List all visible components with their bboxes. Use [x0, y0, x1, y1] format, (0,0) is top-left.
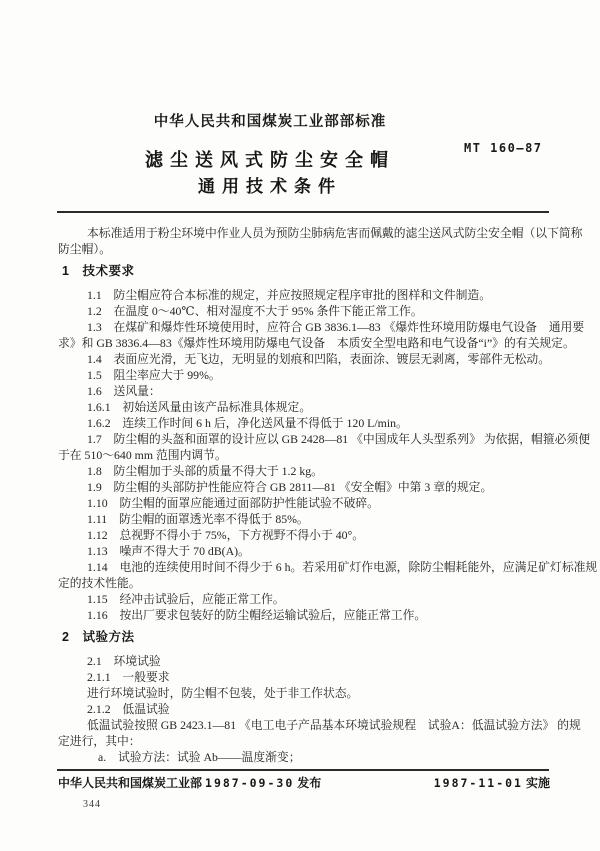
standard-authority-header: 中华人民共和国煤炭工业部部标准 [0, 110, 540, 131]
document-footer: 中华人民共和国煤炭工业部1987-09-30发布 1987-11-01实施 [58, 774, 550, 791]
footer-issue-date: 1987-09-30 [202, 776, 297, 790]
clause-1-1: 1.1 防尘帽应符合本标准的规定，并应按照规定程序审批的图样和文件制造。 [87, 287, 556, 303]
clause-1-11: 1.11 防尘帽的面罩透光率不得低于 85%。 [87, 511, 556, 527]
document-page: 中华人民共和国煤炭工业部部标准 MT 160—87 滤尘送风式防尘安全帽 通用技… [0, 0, 600, 851]
document-body: 本标准适用于粉尘环境中作业人员为预防尘肺病危害而佩戴的滤尘送风式防尘安全帽（以下… [58, 225, 556, 765]
clause-1-16: 1.16 按出厂要求包装好的防尘帽经运输试验后，应能正常工作。 [87, 607, 556, 623]
clause-2-1-2-text-line-1: 低温试验按照 GB 2423.1—81 《电工电子产品基本环境试验规程 试验A：… [87, 717, 556, 733]
clause-1-6-1: 1.6.1 初始送风量由该产品标准具体规定。 [87, 399, 556, 415]
clause-1-13: 1.13 噪声不得大于 70 dB(A)。 [87, 543, 556, 559]
footer-effective-label: 实施 [526, 776, 550, 790]
clause-1-6-2: 1.6.2 连续工作时间 6 h 后，净化送风量不得低于 120 L/min。 [87, 415, 556, 431]
clause-2-1-1-text: 进行环境试验时，防尘帽不包装，处于非工作状态。 [87, 685, 556, 701]
clause-1-8: 1.8 防尘帽加于头部的质量不得大于 1.2 kg。 [87, 463, 556, 479]
clause-1-7-line-2: 于在 510～640 mm 范围内调节。 [58, 447, 556, 463]
document-title-line-1: 滤尘送风式防尘安全帽 [0, 148, 540, 172]
clause-1-5: 1.5 阻尘率应大于 99%。 [87, 367, 556, 383]
footer-issue-statement: 中华人民共和国煤炭工业部1987-09-30发布 [58, 774, 321, 791]
clause-1-9: 1.9 防尘帽的头部防护性能应符合 GB 2811—81 《安全帽》中第 3 章… [87, 479, 556, 495]
intro-line-2: 防尘帽）。 [58, 241, 556, 257]
clause-1-2: 1.2 在温度 0～40℃、相对湿度不大于 95% 条件下能正常工作。 [87, 303, 556, 319]
header-divider-rule [57, 211, 549, 213]
footer-divider-rule [57, 769, 549, 771]
list-item-a: a. 试验方法：试验 Ab——温度渐变； [98, 749, 556, 765]
document-title: 滤尘送风式防尘安全帽 通用技术条件 [0, 148, 540, 199]
clause-1-15: 1.15 经冲击试验后，应能正常工作。 [87, 591, 556, 607]
footer-effective-statement: 1987-11-01实施 [431, 774, 550, 791]
intro-line-1: 本标准适用于粉尘环境中作业人员为预防尘肺病危害而佩戴的滤尘送风式防尘安全帽（以下… [87, 225, 556, 241]
footer-issuer: 中华人民共和国煤炭工业部 [58, 776, 202, 790]
clause-1-7-line-1: 1.7 防尘帽的头盔和面罩的设计应以 GB 2428—81 《中国成年人头型系列… [87, 431, 556, 447]
clause-1-10: 1.10 防尘帽的面罩应能通过面部防护性能试验不破碎。 [87, 495, 556, 511]
clause-1-12: 1.12 总视野不得小于 75%，下方视野不得小于 40°。 [87, 527, 556, 543]
clause-2-1-2-text-line-2: 定进行，其中： [58, 733, 556, 749]
clause-2-1-2: 2.1.2 低温试验 [87, 701, 556, 717]
section-2-heading: 2 试验方法 [62, 629, 556, 645]
clause-1-3-line-1: 1.3 在煤矿和爆炸性环境使用时，应符合 GB 3836.1—83 《爆炸性环境… [87, 319, 556, 335]
section-1-heading: 1 技术要求 [62, 263, 556, 279]
clause-1-14-line-1: 1.14 电池的连续使用时间不得少于 6 h。若采用矿灯作电源，除防尘帽耗能外，… [87, 559, 556, 575]
clause-1-14-line-2: 定的技术性能。 [58, 575, 556, 591]
clause-2-1-1: 2.1.1 一般要求 [87, 669, 556, 685]
footer-issue-label: 发布 [297, 776, 321, 790]
footer-effective-date: 1987-11-01 [431, 776, 526, 790]
document-title-line-2: 通用技术条件 [0, 175, 540, 199]
clause-2-1: 2.1 环境试验 [87, 653, 556, 669]
page-number: 344 [83, 799, 101, 810]
clause-1-4: 1.4 表面应光滑，无飞边，无明显的划痕和凹陷，表面涂、镀层无剥离，零部件无松动… [87, 351, 556, 367]
clause-1-6: 1.6 送风量： [87, 383, 556, 399]
clause-1-3-line-2: 求》和 GB 3836.4—83《爆炸性环境用防爆电气设备 本质安全型电路和电气… [58, 335, 556, 351]
